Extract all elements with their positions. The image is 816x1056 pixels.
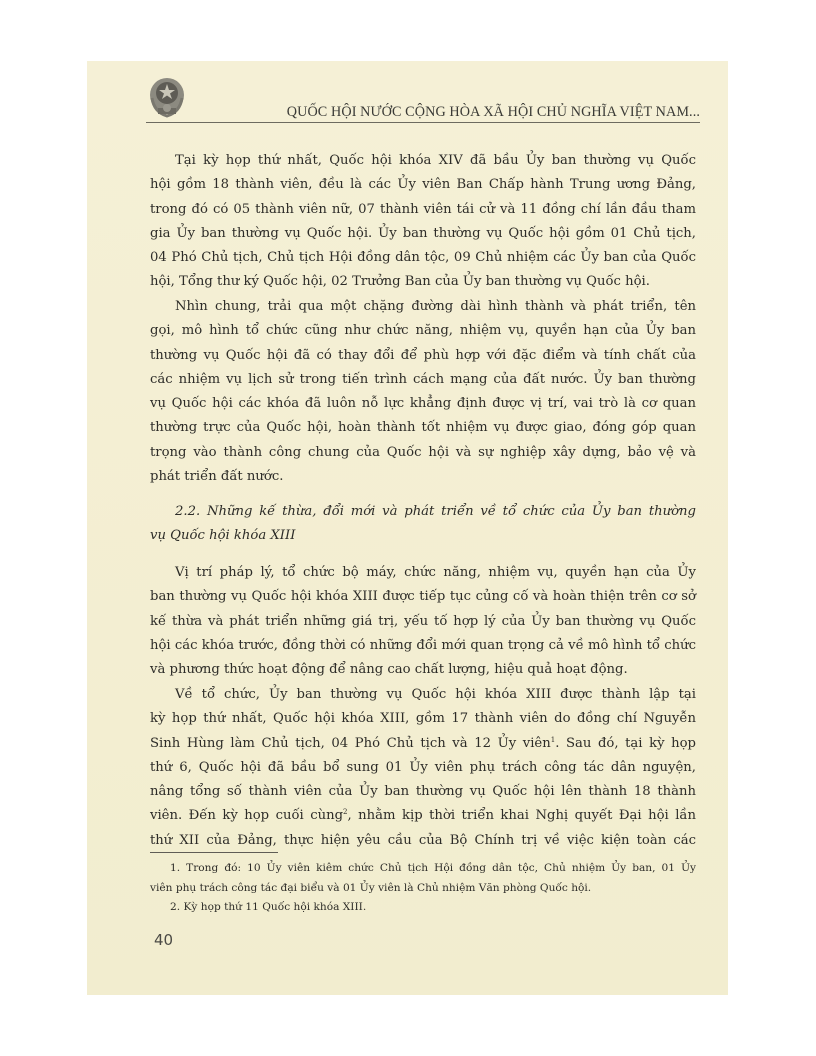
text-segment: . Sau đó, tại kỳ họp	[555, 736, 696, 751]
paragraph-1: Tại kỳ họp thứ nhất, Quốc hội khóa XIV đ…	[150, 149, 696, 295]
text-line: và phương thức hoạt động để nâng cao chấ…	[150, 658, 696, 682]
text-line: 04 Phó Chủ tịch, Chủ tịch Hội đồng dân t…	[150, 246, 696, 270]
text-line: gia Ủy ban thường vụ Quốc hội. Ủy ban th…	[150, 222, 696, 246]
text-line: nâng tổng số thành viên của Ủy ban thườn…	[150, 780, 696, 804]
text-line: thường vụ Quốc hội đã có thay đổi để phù…	[150, 344, 696, 368]
text-line: kỳ họp thứ nhất, Quốc hội khóa XIII, gồm…	[150, 707, 696, 731]
text-line: Về tổ chức, Ủy ban thường vụ Quốc hội kh…	[150, 683, 696, 707]
footnote-1-line: 1. Trong đó: 10 Ủy viên kiêm chức Chủ tị…	[150, 859, 696, 879]
text-line: hội, Tổng thư ký Quốc hội, 02 Trưởng Ban…	[150, 270, 696, 294]
text-line: hội các khóa trước, đồng thời có những đ…	[150, 634, 696, 658]
footnotes: 1. Trong đó: 10 Ủy viên kiêm chức Chủ tị…	[150, 859, 696, 918]
paragraph-4: Về tổ chức, Ủy ban thường vụ Quốc hội kh…	[150, 683, 696, 853]
paragraph-2: Nhìn chung, trải qua một chặng đường dài…	[150, 295, 696, 489]
text-line: trọng vào thành công chung của Quốc hội …	[150, 441, 696, 465]
text-line: gọi, mô hình tổ chức cũng như chức năng,…	[150, 319, 696, 343]
text-line: hội gồm 18 thành viên, đều là các Ủy viê…	[150, 173, 696, 197]
heading-line: vụ Quốc hội khóa XIII	[150, 524, 696, 548]
text-line: Sinh Hùng làm Chủ tịch, 04 Phó Chủ tịch …	[150, 732, 696, 756]
text-line: Nhìn chung, trải qua một chặng đường dài…	[150, 295, 696, 319]
page-number: 40	[154, 931, 173, 949]
text-line: Vị trí pháp lý, tổ chức bộ máy, chức năn…	[150, 561, 696, 585]
text-segment: , nhằm kịp thời triển khai Nghị quyết Đạ…	[348, 808, 696, 823]
section-heading: 2.2. Những kế thừa, đổi mới và phát triể…	[150, 500, 696, 549]
text-line: thứ XII của Đảng, thực hiện yêu cầu của …	[150, 829, 696, 853]
footnote-1-line: viên phụ trách công tác đại biểu và 01 Ủ…	[150, 879, 696, 899]
text-line: viên. Đến kỳ họp cuối cùng2, nhằm kịp th…	[150, 804, 696, 828]
heading-line: 2.2. Những kế thừa, đổi mới và phát triể…	[150, 500, 696, 524]
text-line: kế thừa và phát triển những giá trị, yếu…	[150, 610, 696, 634]
text-segment: viên. Đến kỳ họp cuối cùng	[150, 808, 343, 823]
text-line: thường trực của Quốc hội, hoàn thành tốt…	[150, 416, 696, 440]
footnote-2-line: 2. Kỳ họp thứ 11 Quốc hội khóa XIII.	[150, 898, 696, 918]
text-line: thứ 6, Quốc hội đã bầu bổ sung 01 Ủy viê…	[150, 756, 696, 780]
paragraph-3: Vị trí pháp lý, tổ chức bộ máy, chức năn…	[150, 561, 696, 682]
text-line: Tại kỳ họp thứ nhất, Quốc hội khóa XIV đ…	[150, 149, 696, 173]
header-rule	[146, 122, 700, 123]
text-line: ban thường vụ Quốc hội khóa XIII được ti…	[150, 585, 696, 609]
text-line: các nhiệm vụ lịch sử trong tiến trình cá…	[150, 368, 696, 392]
text-line: trong đó có 05 thành viên nữ, 07 thành v…	[150, 198, 696, 222]
footnote-rule	[150, 852, 278, 853]
text-line: vụ Quốc hội các khóa đã luôn nỗ lực khẳn…	[150, 392, 696, 416]
running-header-title: QUỐC HỘI NƯỚC CỘNG HÒA XÃ HỘI CHỦ NGHĨA …	[150, 104, 700, 121]
text-line: phát triển đất nước.	[150, 465, 696, 489]
text-segment: Sinh Hùng làm Chủ tịch, 04 Phó Chủ tịch …	[150, 736, 551, 751]
